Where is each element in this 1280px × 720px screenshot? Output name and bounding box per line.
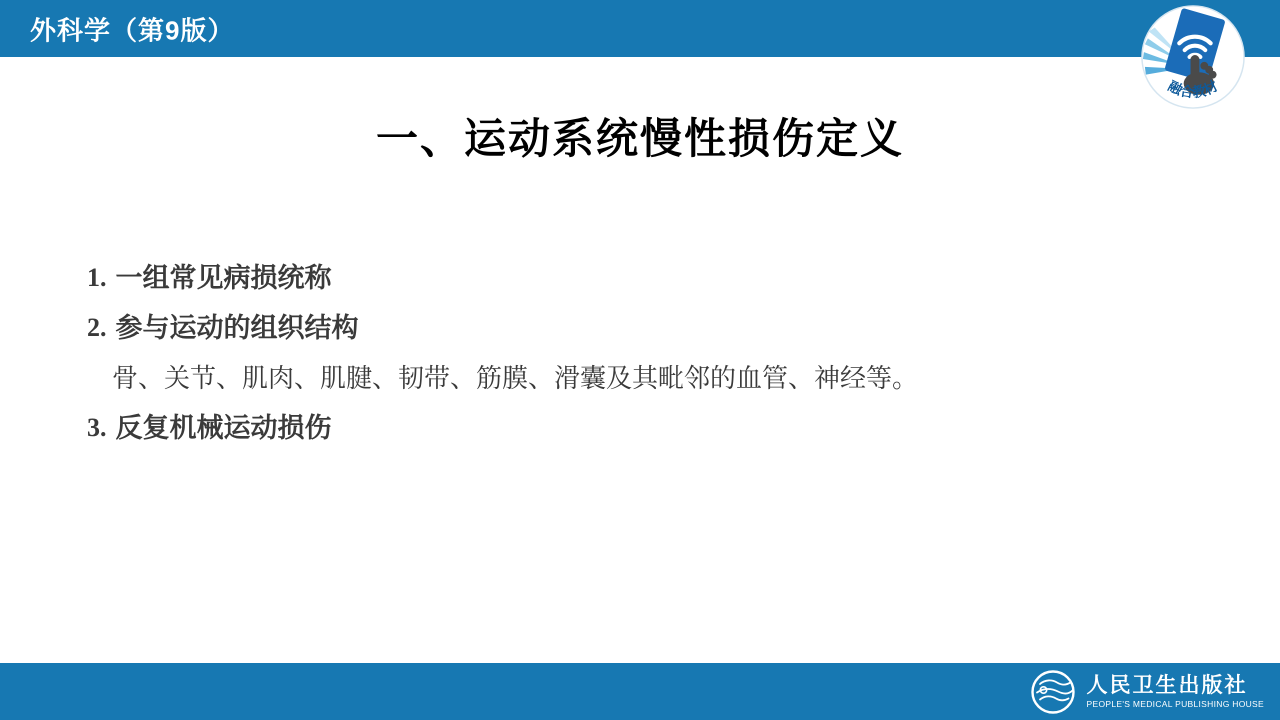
publisher-emblem-icon bbox=[1030, 669, 1076, 715]
item-text: 一组常见病损统称 bbox=[116, 265, 332, 292]
publisher-name-cn: 人民卫生出版社 bbox=[1087, 675, 1264, 696]
footer-bar: 人民卫生出版社 PEOPLE'S MEDICAL PUBLISHING HOUS… bbox=[0, 663, 1280, 720]
list-item-3: 3. 反复机械运动损伤 bbox=[87, 403, 918, 453]
item-number: 3. bbox=[87, 415, 107, 441]
publisher-name: 人民卫生出版社 PEOPLE'S MEDICAL PUBLISHING HOUS… bbox=[1087, 675, 1264, 709]
list-item-2-detail: 骨、关节、肌肉、肌腱、韧带、筋膜、滑囊及其毗邻的血管、神经等。 bbox=[87, 353, 918, 403]
list-item-1: 1. 一组常见病损统称 bbox=[87, 253, 918, 303]
publisher-logo: 人民卫生出版社 PEOPLE'S MEDICAL PUBLISHING HOUS… bbox=[1030, 669, 1264, 715]
item-text: 反复机械运动损伤 bbox=[116, 415, 332, 442]
presentation-slide: 外科学（第9版） bbox=[0, 0, 1280, 720]
item-text: 参与运动的组织结构 bbox=[116, 315, 359, 342]
fusion-badge-icon: 融合教材 bbox=[1139, 3, 1247, 111]
fusion-textbook-badge: 融合教材 bbox=[1139, 3, 1247, 111]
header-bar: 外科学（第9版） bbox=[0, 0, 1280, 57]
publisher-name-en: PEOPLE'S MEDICAL PUBLISHING HOUSE bbox=[1087, 700, 1264, 709]
item-number: 2. bbox=[87, 315, 107, 341]
detail-text: 骨、关节、肌肉、肌腱、韧带、筋膜、滑囊及其毗邻的血管、神经等。 bbox=[112, 365, 918, 391]
definition-list: 1. 一组常见病损统称 2. 参与运动的组织结构 骨、关节、肌肉、肌腱、韧带、筋… bbox=[87, 253, 918, 453]
book-title: 外科学（第9版） bbox=[30, 10, 234, 47]
slide-title: 一、运动系统慢性损伤定义 bbox=[0, 106, 1280, 166]
list-item-2: 2. 参与运动的组织结构 bbox=[87, 303, 918, 353]
item-number: 1. bbox=[87, 265, 107, 291]
